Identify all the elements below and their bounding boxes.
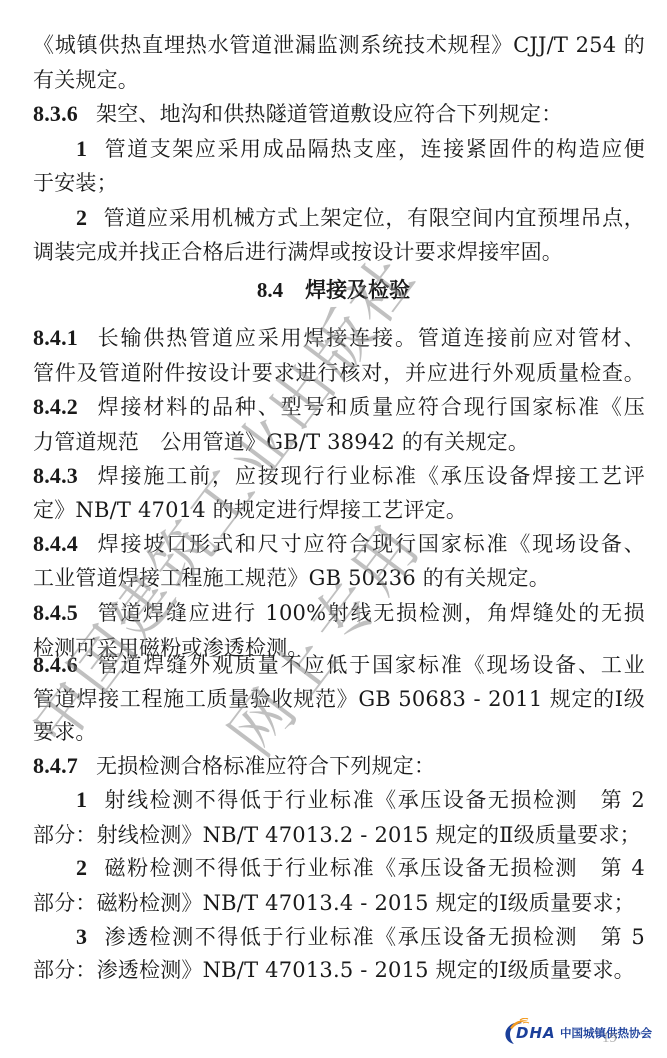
clause-8-4-2: 8.4.2焊接材料的品种、型号和质量应符合现行国家标准《压 xyxy=(33,390,645,424)
clause-8-4-7: 8.4.7无损检测合格标准应符合下列规定： xyxy=(33,749,645,783)
line-text: 定》NB/T 47014 的规定进行焊接工艺评定。 xyxy=(33,498,467,522)
text-line: 管件及管道附件按设计要求进行核对，并应进行外观质量检查。 xyxy=(33,356,645,390)
line-text: 工业管道焊接工程施工规范》GB 50236 的有关规定。 xyxy=(33,566,550,590)
clause-8-4-3: 8.4.3焊接施工前，应按现行行业标准《承压设备焊接工艺评 xyxy=(33,459,645,493)
line-text: 管件及管道附件按设计要求进行核对，并应进行外观质量检查。 xyxy=(33,361,645,385)
clause-number: 8.4.7 xyxy=(33,753,78,778)
line-text: 管道焊接工程施工质量验收规范》GB 50683 - 2011 规定的Ⅰ级 xyxy=(33,687,645,711)
clause-8-3-6: 8.3.6架空、地沟和供热隧道管道敷设应符合下列规定： xyxy=(33,97,645,131)
clause-text: 焊接坡口形式和尺寸应符合现行国家标准《现场设备、 xyxy=(96,532,645,556)
line-text: 调装完成并找正合格后进行满焊或按设计要求焊接牢固。 xyxy=(33,240,563,264)
list-item-3: 3渗透检测不得低于行业标准《承压设备无损检测 第 5 xyxy=(76,920,645,954)
clause-text: 长输供热管道应采用焊接连接。管道连接前应对管材、 xyxy=(96,326,645,350)
clause-number: 8.4.6 xyxy=(33,652,78,677)
item-number: 1 xyxy=(76,787,87,812)
document-page: 《城镇供热直埋热水管道泄漏监测系统技术规程》CJJ/T 254 的 有关规定。 … xyxy=(0,0,667,1058)
clause-number: 8.4.4 xyxy=(33,531,78,556)
line-text: 于安装； xyxy=(33,171,118,195)
clause-number: 8.4.3 xyxy=(33,463,78,488)
text-line: 有关规定。 xyxy=(33,63,645,97)
clause-text: 管道焊缝应进行 100%射线无损检测，角焊缝处的无损 xyxy=(96,601,645,625)
clause-text: 架空、地沟和供热隧道管道敷设应符合下列规定： xyxy=(96,102,562,126)
list-item-1: 1射线检测不得低于行业标准《承压设备无损检测 第 2 xyxy=(76,783,645,817)
clause-8-4-4: 8.4.4焊接坡口形式和尺寸应符合现行国家标准《现场设备、 xyxy=(33,527,645,561)
clause-number: 8.4.2 xyxy=(33,394,78,419)
clause-8-4-1: 8.4.1长输供热管道应采用焊接连接。管道连接前应对管材、 xyxy=(33,321,645,355)
list-item-2: 2管道应采用机械方式上架定位，有限空间内宜预埋吊点， xyxy=(76,201,645,235)
clause-text: 焊接施工前，应按现行行业标准《承压设备焊接工艺评 xyxy=(96,464,645,488)
text-line: 管道焊接工程施工质量验收规范》GB 50683 - 2011 规定的Ⅰ级 xyxy=(33,682,645,716)
text-line: 工业管道焊接工程施工规范》GB 50236 的有关规定。 xyxy=(33,561,645,595)
item-text: 射线检测不得低于行业标准《承压设备无损检测 第 2 xyxy=(103,788,645,812)
clause-number: 8.4.5 xyxy=(33,600,78,625)
text-line: 部分：渗透检测》NB/T 47013.5 - 2015 规定的Ⅰ级质量要求。 xyxy=(33,953,645,987)
text-line: 于安装； xyxy=(33,166,645,200)
text-line: 调装完成并找正合格后进行满焊或按设计要求焊接牢固。 xyxy=(33,235,645,269)
clause-text: 管道焊缝外观质量不应低于国家标准《现场设备、工业 xyxy=(96,653,645,677)
line-text: 部分：射线检测》NB/T 47013.2 - 2015 规定的Ⅱ级质量要求； xyxy=(33,823,641,847)
line-text: 部分：渗透检测》NB/T 47013.5 - 2015 规定的Ⅰ级质量要求。 xyxy=(33,958,635,982)
item-number: 2 xyxy=(76,855,87,880)
clause-number: 8.4.1 xyxy=(33,325,78,350)
text-line: 部分：磁粉检测》NB/T 47013.4 - 2015 规定的Ⅰ级质量要求； xyxy=(33,886,645,920)
list-item-2: 2磁粉检测不得低于行业标准《承压设备无损检测 第 4 xyxy=(76,851,645,885)
section-number: 8.4 xyxy=(257,278,283,302)
footer-logo: DHA 中国城镇供热协会 19 xyxy=(500,1016,660,1048)
line-text: 有关规定。 xyxy=(33,68,139,92)
text-line: 力管道规范 公用管道》GB/T 38942 的有关规定。 xyxy=(33,425,645,459)
text-line: 部分：射线检测》NB/T 47013.2 - 2015 规定的Ⅱ级质量要求； xyxy=(33,818,645,852)
list-item-1: 1管道支架应采用成品隔热支座，连接紧固件的构造应便 xyxy=(76,132,645,166)
clause-number: 8.3.6 xyxy=(33,101,78,126)
clause-text: 无损检测合格标准应符合下列规定： xyxy=(96,754,435,778)
text-line: 定》NB/T 47014 的规定进行焊接工艺评定。 xyxy=(33,493,645,527)
item-text: 管道应采用机械方式上架定位，有限空间内宜预埋吊点， xyxy=(103,206,645,230)
section-heading: 8.4焊接及检验 xyxy=(0,273,667,307)
text-line: 《城镇供热直埋热水管道泄漏监测系统技术规程》CJJ/T 254 的 xyxy=(33,28,645,62)
item-number: 2 xyxy=(76,205,87,230)
item-text: 渗透检测不得低于行业标准《承压设备无损检测 第 5 xyxy=(103,925,645,949)
logo-abbreviation: DHA xyxy=(516,1024,556,1042)
clause-8-4-6: 8.4.6管道焊缝外观质量不应低于国家标准《现场设备、工业 xyxy=(33,648,645,682)
item-text: 磁粉检测不得低于行业标准《承压设备无损检测 第 4 xyxy=(103,856,645,880)
text-line: 要求。 xyxy=(33,715,645,749)
line-text: 《城镇供热直埋热水管道泄漏监测系统技术规程》CJJ/T 254 的 xyxy=(33,33,645,57)
line-text: 力管道规范 公用管道》GB/T 38942 的有关规定。 xyxy=(33,430,529,454)
clause-8-4-5: 8.4.5管道焊缝应进行 100%射线无损检测，角焊缝处的无损 xyxy=(33,596,645,630)
page-number: 19 xyxy=(602,1030,617,1047)
line-text: 部分：磁粉检测》NB/T 47013.4 - 2015 规定的Ⅰ级质量要求； xyxy=(33,891,635,915)
section-title: 焊接及检验 xyxy=(305,277,410,302)
item-text: 管道支架应采用成品隔热支座，连接紧固件的构造应便 xyxy=(103,137,645,161)
item-number: 1 xyxy=(76,136,87,161)
clause-text: 焊接材料的品种、型号和质量应符合现行国家标准《压 xyxy=(96,395,645,419)
item-number: 3 xyxy=(76,924,87,949)
line-text: 要求。 xyxy=(33,720,97,744)
